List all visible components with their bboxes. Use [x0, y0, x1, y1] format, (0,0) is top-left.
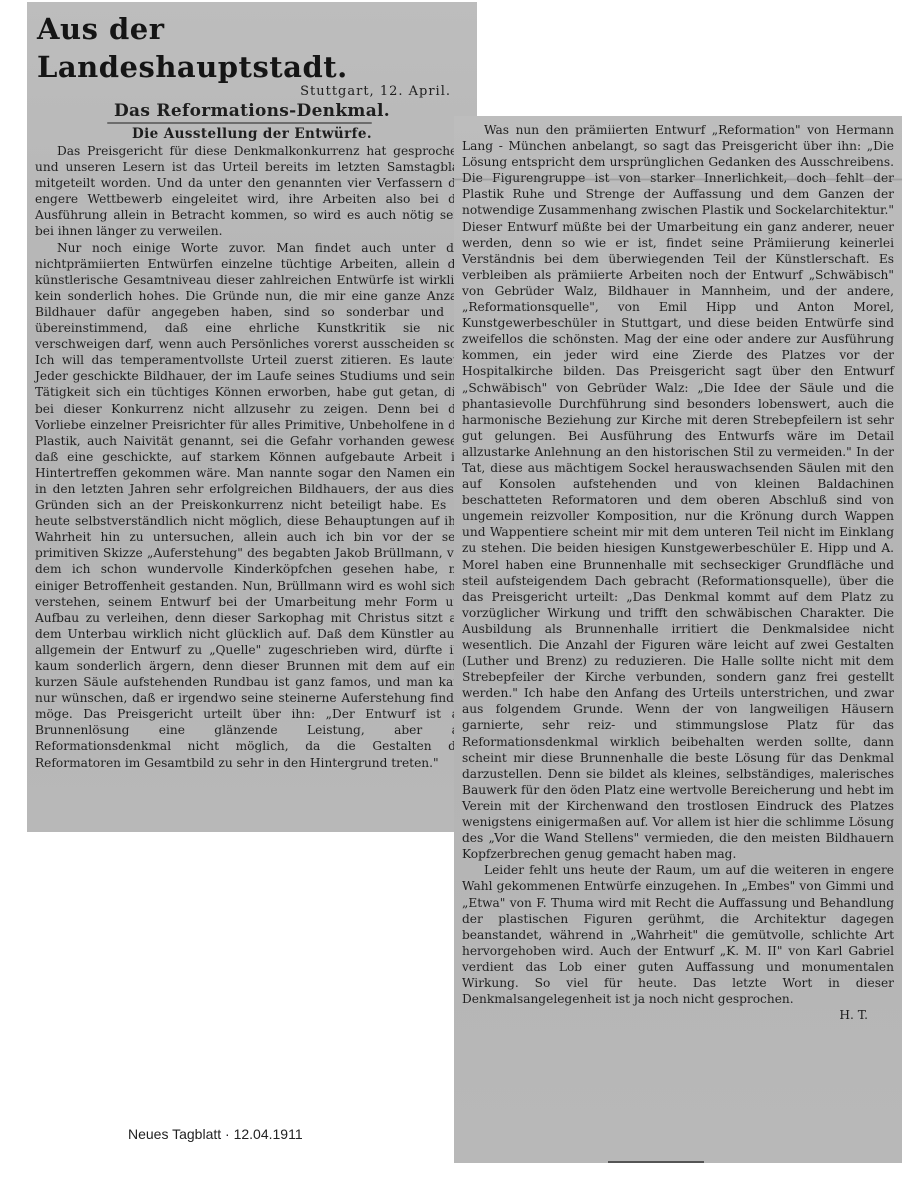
article-clipping-left: Aus der Landeshauptstadt. Stuttgart, 12.…: [27, 2, 477, 832]
paper-fold-line: [454, 178, 902, 181]
source-caption: Neues Tagblatt · 12.04.1911: [128, 1126, 303, 1142]
paragraph: Leider fehlt uns heute der Raum, um auf …: [462, 862, 894, 1007]
paragraph: Nur noch einige Worte zuvor. Man findet …: [35, 240, 469, 771]
end-rule: [608, 1161, 704, 1163]
masthead: Aus der Landeshauptstadt.: [37, 10, 469, 86]
headline: Das Reformations-Denkmal.: [35, 100, 469, 122]
subhead: Die Ausstellung der Entwürfe.: [35, 125, 469, 143]
article-clipping-right: Was nun den prämiierten Entwurf „Reforma…: [454, 116, 902, 1163]
paragraph: Das Preisgericht für diese Denkmalkonkur…: [35, 143, 469, 240]
author-signature: H. T.: [462, 1007, 894, 1023]
headline-underline: [107, 122, 372, 124]
dateline: Stuttgart, 12. April.: [35, 84, 451, 100]
paragraph: Was nun den prämiierten Entwurf „Reforma…: [462, 122, 894, 862]
